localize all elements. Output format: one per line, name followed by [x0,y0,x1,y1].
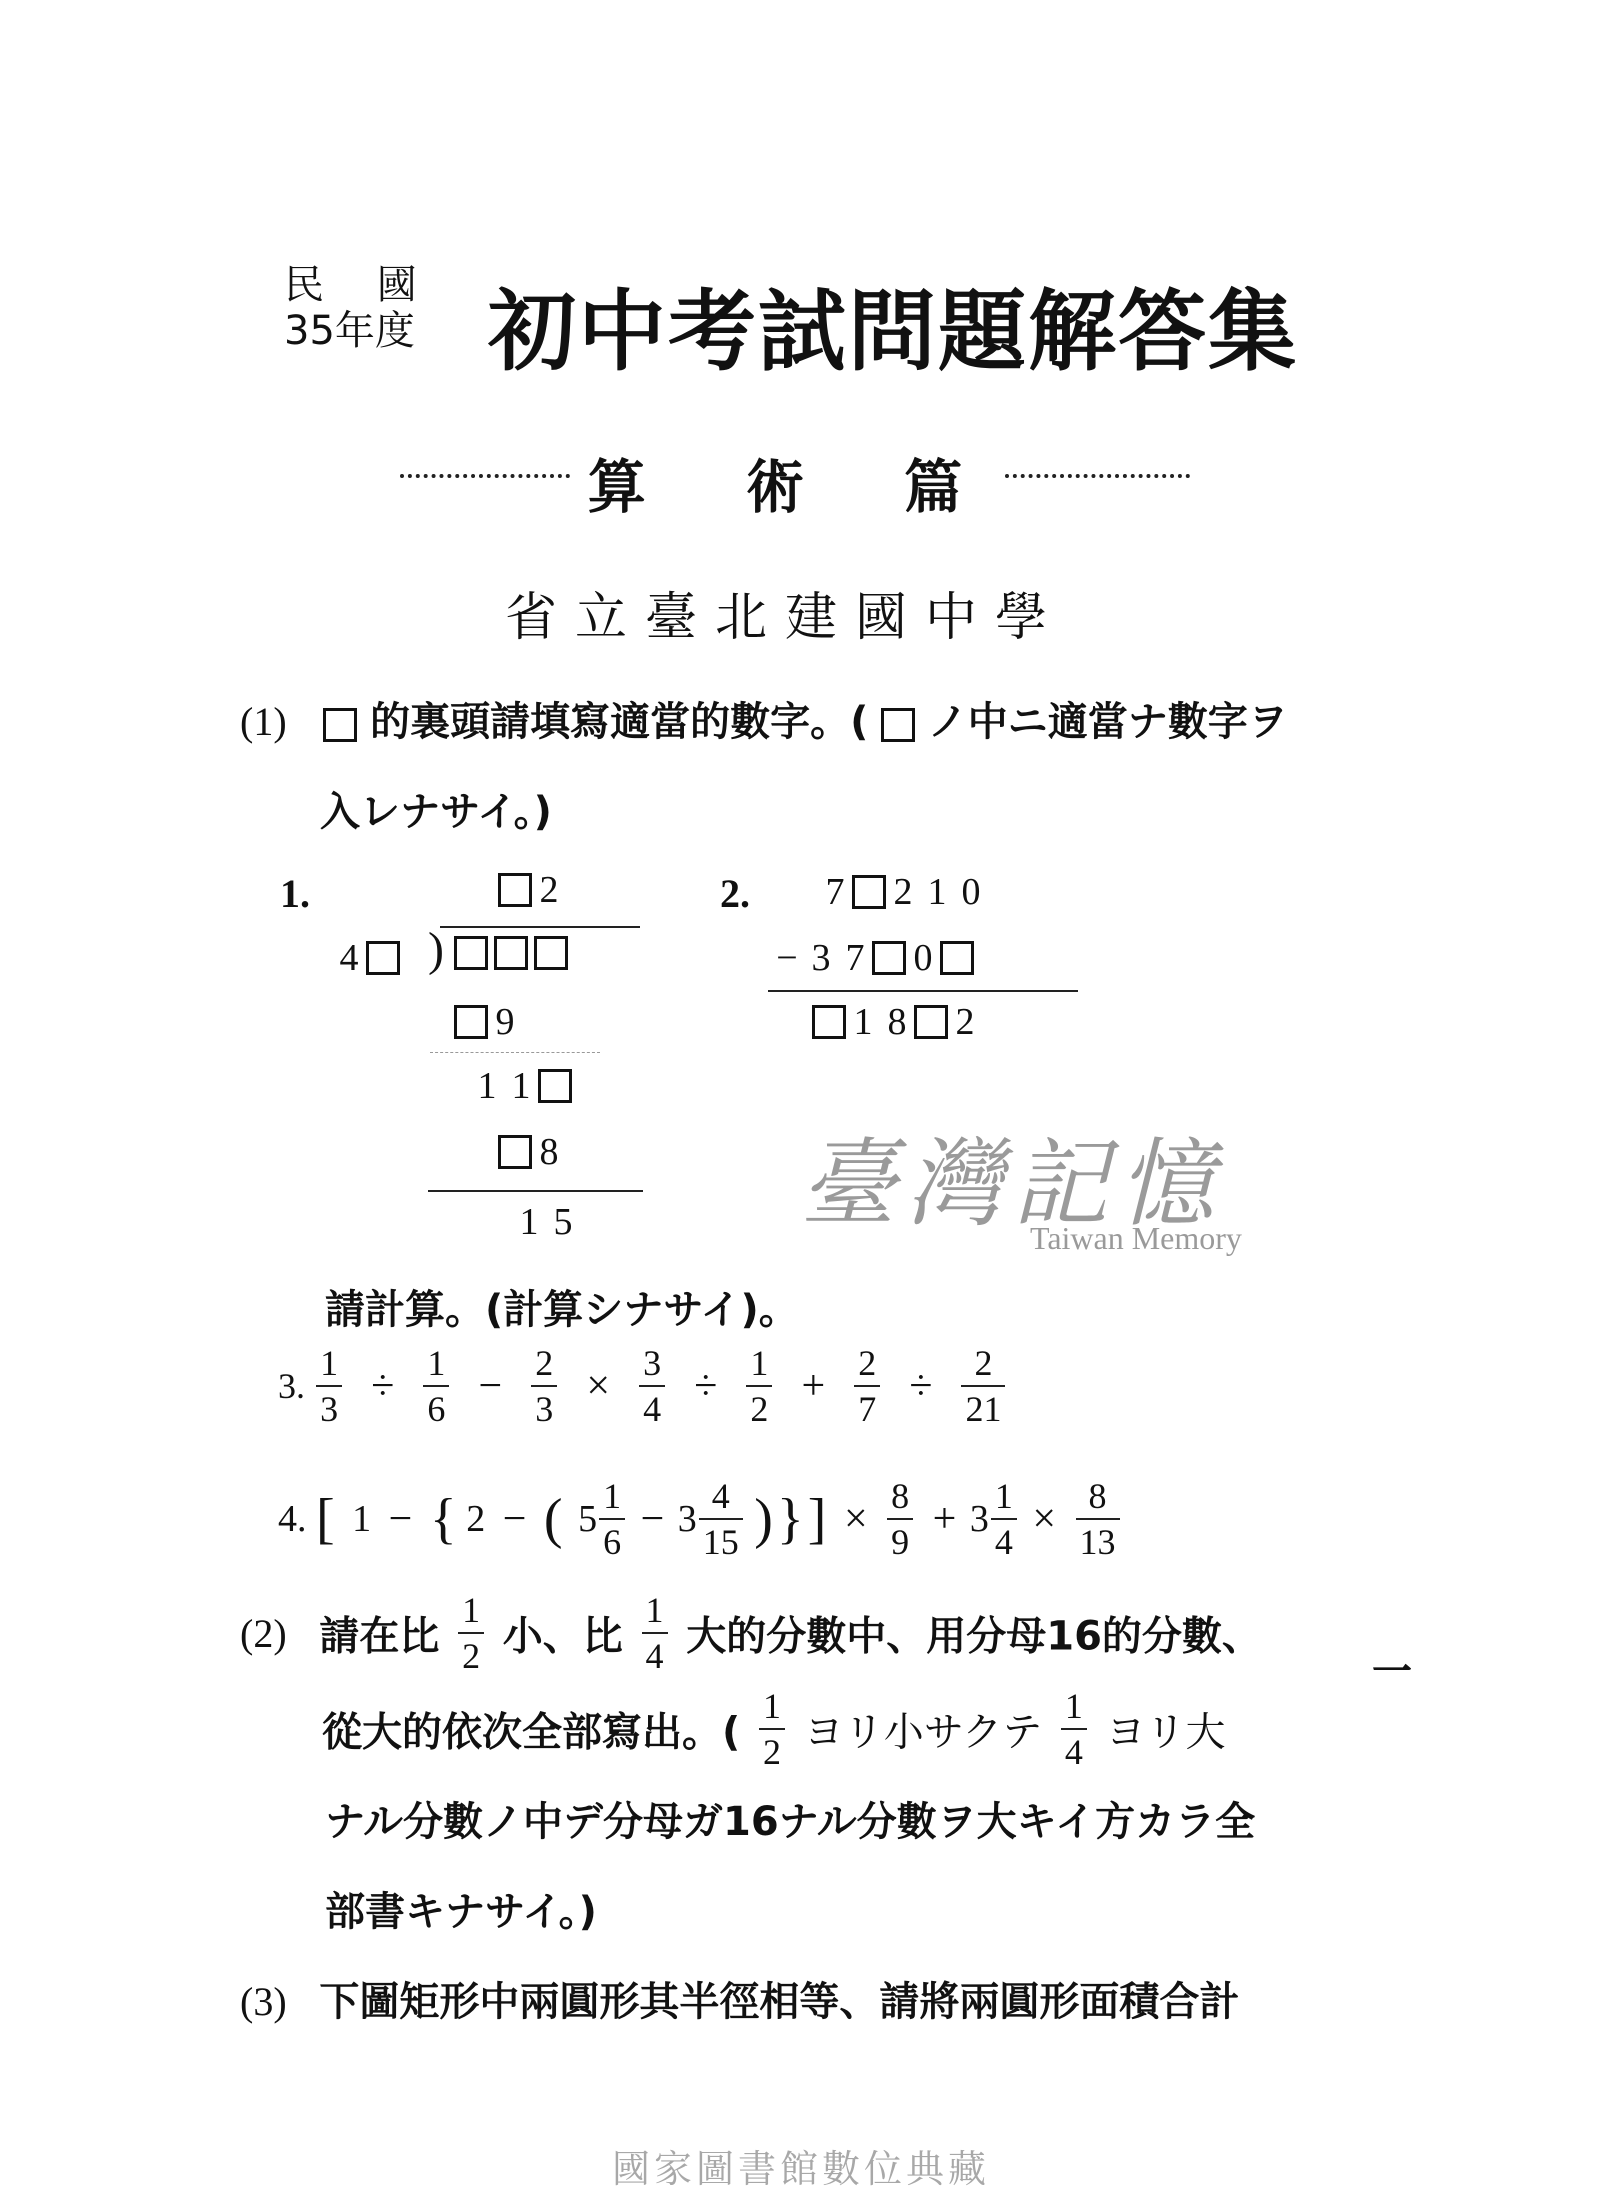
fraction: 13 [316,1345,342,1427]
section-title-row: 算 術 篇 [400,440,1200,510]
fraction: 89 [887,1478,913,1560]
q1-text-jp: ノ中ニ適當ナ數字ヲ [928,699,1288,745]
blank-box [812,1005,846,1039]
page-mark: 一 [1372,1640,1412,1697]
problem-4: 4. [ 1 − { 2 − ( 516 − 3415 )}] × 89 + 3… [278,1478,1126,1560]
quotient: 2 [498,868,566,912]
step-2: 11 [470,1064,572,1108]
fraction: 16 [599,1478,625,1560]
fraction: 14 [991,1478,1017,1560]
step-1: 9 [454,1000,522,1044]
fraction: 14 [1061,1688,1087,1770]
blank-box [538,1069,572,1103]
problem-2-label: 2. [720,870,750,917]
footer-collection: 國家圖書館數位典藏 [612,2138,990,2193]
section-title: 算 術 篇 [585,440,1005,524]
blank-box [914,1005,948,1039]
division-bracket: ) [428,922,444,977]
divider-right [1005,474,1190,478]
problem-1-label: 1. [280,870,310,917]
problem-3-label: 3. [278,1366,305,1406]
subtraction-line [768,990,1078,992]
division-bar [440,926,640,928]
subtrahend: −370 [770,936,974,980]
divisor: 4 [332,936,400,980]
blank-box [940,941,974,975]
calc-instruction: 請計算。(計算シナサイ)。 [325,1278,799,1335]
fraction: 415 [699,1478,743,1560]
step-line [428,1190,643,1192]
problem-1: 1. 2 4 ) 9 11 8 15 [280,860,680,1260]
watermark-english: Taiwan Memory [1030,1220,1242,1257]
problem-4-label: 4. [278,1498,307,1540]
minuend: 7210 [818,870,988,914]
result: 182 [812,1000,982,1044]
fraction: 27 [854,1345,880,1427]
step-line [430,1052,600,1053]
blank-box [498,1135,532,1169]
blank-box [534,936,568,970]
q3-label: (3) [240,1979,287,2024]
blank-box [852,875,886,909]
q1-text: 的裏頭請填寫適當的數字。( [370,699,868,745]
era-label: 民 國 35年度 [284,262,454,354]
fraction: 14 [642,1592,668,1674]
fraction: 16 [423,1345,449,1427]
fraction: 12 [746,1345,772,1427]
blank-box [454,936,488,970]
blank-box [366,941,400,975]
fraction: 221 [961,1345,1005,1427]
q2-line3: ナル分數ノ中デ分母ガ16ナル分數ヲ大キイ方カラ全 [325,1790,1255,1847]
q2-label: (2) [240,1611,287,1656]
blank-box [498,873,532,907]
fraction: 813 [1076,1478,1120,1560]
step-3: 8 [498,1130,566,1174]
school-name: 省立臺北建國中學 [505,575,1065,650]
blank-box [454,1005,488,1039]
remainder: 15 [512,1200,580,1244]
era-year: 35年 [284,308,375,354]
q2-line1: (2) 請在比 12 小、比 14 大的分數中、用分母16的分數、 [240,1592,1262,1674]
q1-line1: (1) 的裏頭請填寫適當的數字。( ノ中ニ適當ナ數字ヲ [240,690,1288,747]
divider-left [400,474,570,478]
q2-line4: 部書キナサイ。) [325,1880,597,1937]
page-title: 初中考試問題解答集 [488,262,1298,388]
blank-box [881,708,915,742]
q1-line2: 入レナサイ。) [320,780,552,837]
era-suffix: 度 [375,308,415,354]
watermark: 臺灣記憶 Taiwan Memory [800,1108,1280,1268]
blank-box [494,936,528,970]
dividend [454,936,568,970]
fraction: 23 [531,1345,557,1427]
fraction: 34 [639,1345,665,1427]
q3-line1: (3) 下圖矩形中兩圓形其半徑相等、請將兩圓形面積合計 [240,1970,1239,2027]
q1-label: (1) [240,699,287,744]
blank-box [872,941,906,975]
problem-2: 2. 7210 −370 182 [710,860,1090,1060]
fraction: 12 [759,1688,785,1770]
problem-3: 3. 13 ÷ 16 − 23 × 34 ÷ 12 + 27 ÷ 221 [278,1345,1011,1427]
q2-line2: 從大的依次全部寫出。( 12 ヨリ小サクテ 14 ヨリ大 [322,1688,1226,1770]
fraction: 12 [458,1592,484,1674]
blank-box [323,708,357,742]
era-top: 民 國 [284,262,454,308]
